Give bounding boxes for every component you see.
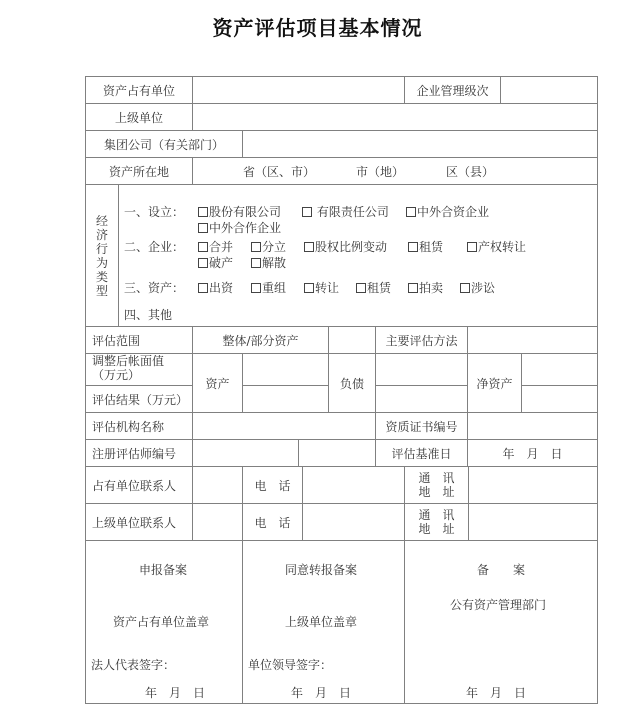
- book-liabilities-field[interactable]: [375, 353, 468, 386]
- record-date: 年 月 日: [466, 684, 526, 701]
- superior-unit-field[interactable]: [192, 103, 598, 131]
- option-litigation[interactable]: 涉讼: [460, 279, 495, 296]
- page-title: 资产评估项目基本情况: [0, 12, 635, 41]
- address-line1: 通 讯: [418, 508, 454, 522]
- checkbox[interactable]: [251, 242, 261, 252]
- location-city: 市（地）: [356, 163, 404, 180]
- label-owner-phone: 电 话: [242, 466, 303, 504]
- owner-unit-field[interactable]: [192, 76, 405, 104]
- option-auction[interactable]: 拍卖: [408, 279, 443, 296]
- label-eval-scope: 评估范围: [85, 326, 193, 354]
- checkbox[interactable]: [304, 242, 314, 252]
- forward-date: 年 月 日: [291, 684, 351, 701]
- checkbox[interactable]: [408, 242, 418, 252]
- econ-label-char: 经: [96, 214, 108, 228]
- forward-sign: 单位领导签字：: [248, 656, 332, 673]
- option-sino-foreign-equity[interactable]: 中外合资企业: [406, 203, 489, 220]
- econ-label-char: 型: [96, 284, 108, 298]
- econ-label-char: 为: [96, 256, 108, 270]
- label-superior-unit: 上级单位: [85, 103, 193, 131]
- label-eval-method: 主要评估方法: [375, 326, 468, 354]
- option-split[interactable]: 分立: [251, 238, 286, 255]
- checkbox[interactable]: [198, 283, 208, 293]
- address-line2: 地 址: [418, 522, 454, 536]
- checkbox[interactable]: [406, 207, 416, 217]
- forward-heading: 同意转报备案: [285, 561, 357, 578]
- label-superior-contact: 上级单位联系人: [85, 503, 193, 541]
- option-sino-foreign-coop[interactable]: 中外合作企业: [198, 219, 281, 236]
- label-agency: 评估机构名称: [85, 412, 193, 440]
- group-company-field[interactable]: [242, 130, 598, 158]
- label-appraiser-no: 注册评估师编号: [85, 439, 193, 467]
- eval-method-field[interactable]: [467, 326, 598, 354]
- address-line1: 通 讯: [418, 471, 454, 485]
- label-book-value: 调整后帐面值 （万元）: [85, 353, 193, 386]
- econ-section-4-label: 四、其他: [124, 306, 172, 323]
- location-district: 区（县）: [446, 163, 494, 180]
- econ-section-3-label: 三、资产：: [124, 279, 184, 296]
- label-owner-contact: 占有单位联系人: [85, 466, 193, 504]
- superior-contact-field[interactable]: [192, 503, 243, 541]
- forward-stamp: 上级单位盖章: [285, 613, 357, 630]
- base-date-field[interactable]: 年 月 日: [467, 439, 598, 467]
- eval-scope-value: 整体/部分资产: [192, 326, 329, 354]
- checkbox[interactable]: [408, 283, 418, 293]
- appraiser-no-field-2[interactable]: [298, 439, 376, 467]
- superior-address-field[interactable]: [468, 503, 598, 541]
- declare-date: 年 月 日: [145, 684, 205, 701]
- cert-no-field[interactable]: [467, 412, 598, 440]
- address-line2: 地 址: [418, 485, 454, 499]
- checkbox[interactable]: [302, 207, 312, 217]
- result-liabilities-field[interactable]: [375, 385, 468, 413]
- label-owner-unit: 资产占有单位: [85, 76, 193, 104]
- checkbox[interactable]: [198, 258, 208, 268]
- checkbox[interactable]: [198, 207, 208, 217]
- appraiser-no-field-1[interactable]: [192, 439, 299, 467]
- location-province: 省（区、市）: [243, 163, 315, 180]
- option-asset-lease[interactable]: 租赁: [356, 279, 391, 296]
- declare-sign: 法人代表签字：: [91, 656, 175, 673]
- declare-stamp: 资产占有单位盖章: [113, 613, 209, 630]
- owner-contact-field[interactable]: [192, 466, 243, 504]
- superior-phone-field[interactable]: [302, 503, 405, 541]
- label-superior-address: 通 讯 地 址: [404, 503, 469, 541]
- result-net-assets-field[interactable]: [521, 385, 598, 413]
- option-limited-liability[interactable]: 有限责任公司: [302, 203, 389, 220]
- label-mgmt-level: 企业管理级次: [404, 76, 501, 104]
- econ-section-2-label: 二、企业：: [124, 238, 184, 255]
- label-liabilities: 负债: [328, 353, 376, 413]
- checkbox[interactable]: [304, 283, 314, 293]
- checkbox[interactable]: [356, 283, 366, 293]
- option-dissolution[interactable]: 解散: [251, 254, 286, 271]
- label-cert-no: 资质证书编号: [375, 412, 468, 440]
- option-bankruptcy[interactable]: 破产: [198, 254, 233, 271]
- record-dept: 公有资产管理部门: [450, 596, 546, 613]
- owner-phone-field[interactable]: [302, 466, 405, 504]
- label-eval-result: 评估结果（万元）: [85, 385, 193, 413]
- owner-address-field[interactable]: [468, 466, 598, 504]
- label-superior-phone: 电 话: [242, 503, 303, 541]
- agency-field[interactable]: [192, 412, 376, 440]
- label-base-date: 评估基准日: [375, 439, 468, 467]
- option-joint-stock[interactable]: 股份有限公司: [198, 203, 281, 220]
- checkbox[interactable]: [460, 283, 470, 293]
- option-restructure[interactable]: 重组: [251, 279, 286, 296]
- book-net-assets-field[interactable]: [521, 353, 598, 386]
- checkbox[interactable]: [467, 242, 477, 252]
- econ-label-char: 类: [96, 270, 108, 284]
- mgmt-level-field[interactable]: [500, 76, 598, 104]
- checkbox[interactable]: [251, 258, 261, 268]
- declare-heading: 申报备案: [139, 561, 187, 578]
- econ-label-char: 济: [96, 228, 108, 242]
- label-assets: 资产: [192, 353, 243, 413]
- record-heading: 备 案: [477, 561, 525, 578]
- econ-label-char: 行: [96, 242, 108, 256]
- result-assets-field[interactable]: [242, 385, 329, 413]
- checkbox[interactable]: [198, 223, 208, 233]
- label-location: 资产所在地: [85, 157, 193, 185]
- option-lease[interactable]: 租赁: [408, 238, 443, 255]
- book-value-line1: 调整后帐面值: [92, 354, 164, 368]
- checkbox[interactable]: [251, 283, 261, 293]
- book-value-line2: （万元）: [92, 368, 140, 382]
- option-merger[interactable]: 合并: [198, 238, 233, 255]
- checkbox[interactable]: [198, 242, 208, 252]
- option-transfer[interactable]: 转让: [304, 279, 339, 296]
- option-equity-change[interactable]: 股权比例变动: [304, 238, 387, 255]
- option-investment[interactable]: 出资: [198, 279, 233, 296]
- book-assets-field[interactable]: [242, 353, 329, 386]
- label-owner-address: 通 讯 地 址: [404, 466, 469, 504]
- label-group-company: 集团公司（有关部门）: [85, 130, 243, 158]
- econ-section-1-label: 一、设立：: [124, 203, 184, 220]
- eval-scope-field[interactable]: [328, 326, 376, 354]
- option-property-transfer[interactable]: 产权转让: [467, 238, 526, 255]
- econ-type-label: 经 济 行 为 类 型: [85, 184, 119, 327]
- label-net-assets: 净资产: [467, 353, 522, 413]
